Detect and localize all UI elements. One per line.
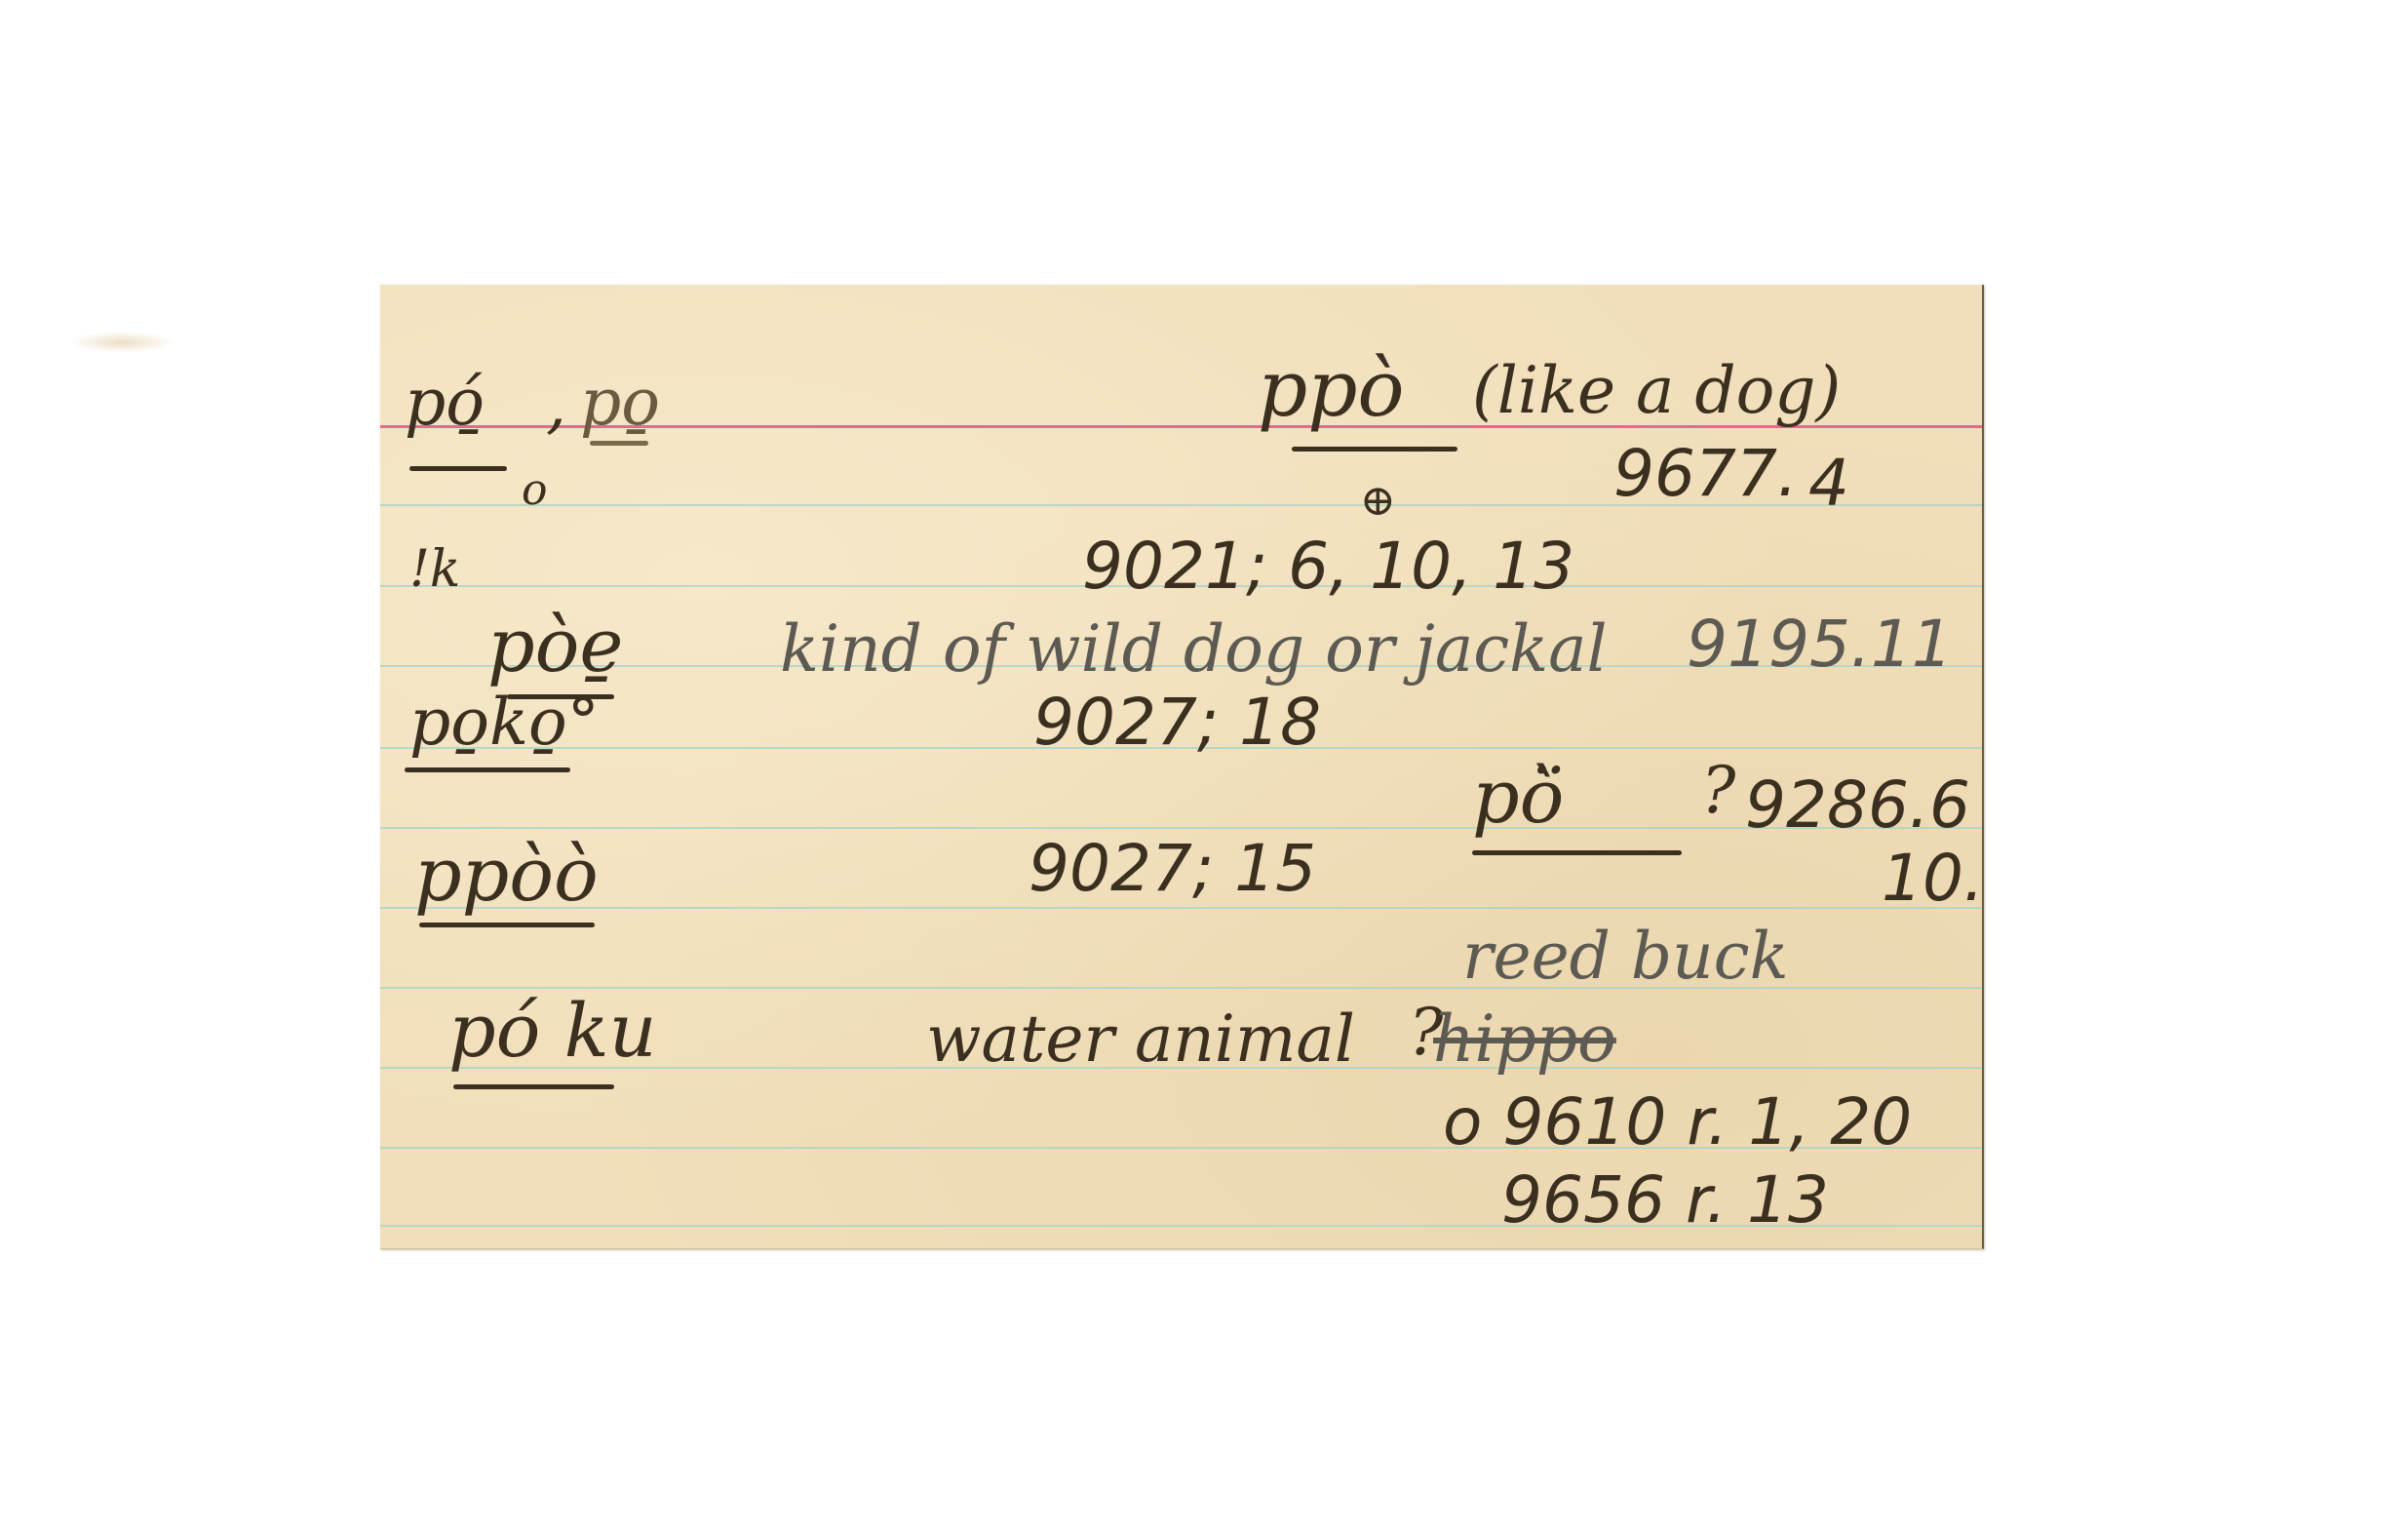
- click-k-label: !k: [409, 540, 460, 599]
- query-mark: ?: [1701, 753, 1735, 828]
- ref-9027-15: 9027; 15: [1029, 831, 1316, 906]
- blue-rule: [380, 827, 1982, 829]
- headword-poko: po̱ko̱°: [409, 685, 600, 760]
- ref-9286: 9286.6: [1745, 767, 1970, 843]
- headword-underline: [405, 767, 570, 772]
- struck-hippo: hippo: [1433, 1002, 1616, 1077]
- scan-smudge: [68, 332, 175, 353]
- headword-underline: [419, 923, 595, 927]
- gloss-wild-dog-jackal: kind of wild dog or jackal: [780, 611, 1608, 687]
- gloss-water-animal: water animal: [926, 1002, 1355, 1077]
- variant-po: po̱: [580, 365, 660, 440]
- headword-ppoo: ppòò: [414, 831, 599, 918]
- blue-rule: [380, 907, 1982, 909]
- correction-reed-buck: reed buck: [1462, 919, 1789, 994]
- ref-9656: 9656 r. 13: [1501, 1162, 1829, 1238]
- ref-9027-18: 9027; 18: [1033, 685, 1321, 760]
- headword-poku: pó ku: [448, 987, 657, 1074]
- ref-9610: o 9610 r. 1, 20: [1443, 1084, 1912, 1160]
- headword-underline: [1472, 850, 1682, 855]
- headword-po: pó̱: [405, 365, 485, 440]
- ref-10: 10.: [1882, 841, 1984, 916]
- headword-underline: [409, 466, 507, 471]
- headword-ppo: ppò: [1258, 343, 1405, 434]
- headword-poe: pòe̱: [487, 602, 623, 688]
- gloss-like-a-dog: (like a dog): [1472, 353, 1841, 428]
- variant-underline: [590, 441, 648, 446]
- small-o-mark: o: [522, 465, 548, 515]
- ref-9195: 9195.11: [1687, 607, 1953, 682]
- circle-cross-mark: ⊕: [1360, 476, 1396, 526]
- ref-mark-4: 4: [1808, 446, 1849, 521]
- separator: ,: [546, 367, 566, 442]
- ref-9677: 9677.: [1613, 436, 1798, 511]
- headword-underline: [453, 1084, 614, 1089]
- headword-underline: [1292, 447, 1457, 452]
- headword-poo-umlaut: pö̀: [1472, 753, 1564, 840]
- ref-9021: 9021; 6, 10, 13: [1082, 529, 1574, 604]
- index-card: pó̱ , po̱ o ppò (like a dog) ⊕ 9677. 4 !…: [380, 285, 1984, 1249]
